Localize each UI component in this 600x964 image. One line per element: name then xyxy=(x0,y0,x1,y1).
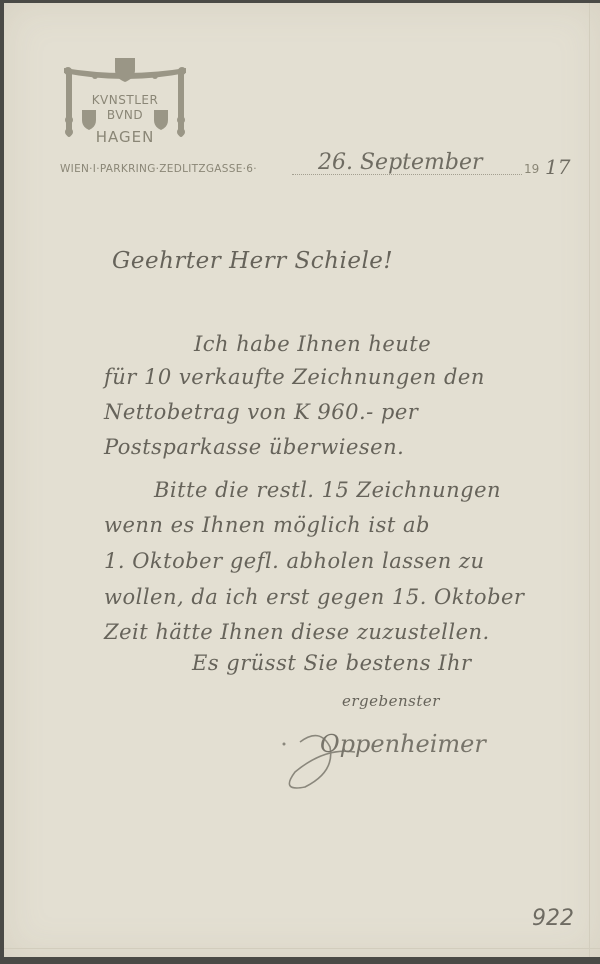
letter-line: Ich habe Ihnen heute xyxy=(194,332,431,356)
signature: Oppenheimer xyxy=(280,722,470,792)
letter-line: 1. Oktober gefl. abholen lassen zu xyxy=(104,549,485,573)
archive-number: 922 xyxy=(532,906,574,931)
letter-salutation: Geehrter Herr Schiele! xyxy=(112,248,393,274)
letter-closing: ergebenster xyxy=(342,692,440,710)
letter-line: wenn es Ihnen möglich ist ab xyxy=(104,513,430,537)
letterhead-title-line2: BVND xyxy=(60,109,190,121)
paper-edge-line xyxy=(589,3,590,957)
letterhead-address: WIEN·I·PARKRING·ZEDLITZGASSE·6· xyxy=(60,163,257,175)
letterhead-title-line3: HAGEN xyxy=(60,130,190,145)
letter-line: Postsparkasse überwiesen. xyxy=(104,435,404,459)
letterhead-emblem: KVNSTLER BVND HAGEN xyxy=(60,58,190,150)
printed-year-prefix: 19 xyxy=(524,162,539,176)
letter-line: Zeit hätte Ihnen diese zuzustellen. xyxy=(104,620,490,644)
letterhead-title-line1: KVNSTLER xyxy=(60,94,190,106)
paper-edge-line xyxy=(4,948,600,949)
letter-line: Bitte die restl. 15 Zeichnungen xyxy=(154,478,501,502)
letter-line: für 10 verkaufte Zeichnungen den xyxy=(104,365,485,389)
letter-line: Nettobetrag von K 960.- per xyxy=(104,400,418,424)
letter-line: Es grüsst Sie bestens Ihr xyxy=(192,651,472,675)
signature-text: Oppenheimer xyxy=(320,730,486,758)
handwritten-year-suffix: 17 xyxy=(545,155,570,179)
letter-line: wollen, da ich erst gegen 15. Oktober xyxy=(104,585,524,609)
handwritten-date: 26. September xyxy=(318,150,483,175)
